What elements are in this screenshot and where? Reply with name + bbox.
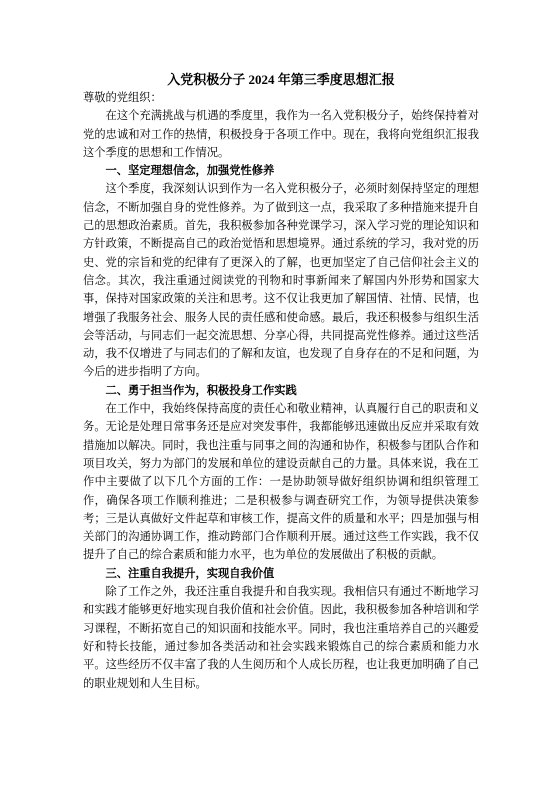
document-page: 入党积极分子 2024 年第三季度思想汇报 尊敬的党组织： 在这个充满挑战与机遇… bbox=[0, 0, 560, 792]
body-paragraph: 这个季度，我深刻认识到作为一名入党积极分子，必须时刻保持坚定的理想信念，不断加强… bbox=[83, 180, 479, 381]
document-body: 在这个充满挑战与机遇的季度里，我作为一名入党积极分子，始终保持着对党的忠诚和对工… bbox=[83, 107, 479, 693]
section-heading: 二、勇于担当作为，积极投身工作实践 bbox=[83, 382, 479, 400]
body-paragraph: 在这个充满挑战与机遇的季度里，我作为一名入党积极分子，始终保持着对党的忠诚和对工… bbox=[83, 107, 479, 162]
document-title: 入党积极分子 2024 年第三季度思想汇报 bbox=[83, 71, 479, 89]
salutation: 尊敬的党组织： bbox=[83, 89, 479, 107]
body-paragraph: 在工作中，我始终保持高度的责任心和敬业精神，认真履行自己的职责和义务。无论是处理… bbox=[83, 400, 479, 565]
body-paragraph: 除了工作之外，我还注重自我提升和自我实现。我相信只有通过不断地学习和实践才能够更… bbox=[83, 583, 479, 693]
section-heading: 一、坚定理想信念，加强党性修养 bbox=[83, 162, 479, 180]
section-heading: 三、注重自我提升，实现自我价值 bbox=[83, 565, 479, 583]
